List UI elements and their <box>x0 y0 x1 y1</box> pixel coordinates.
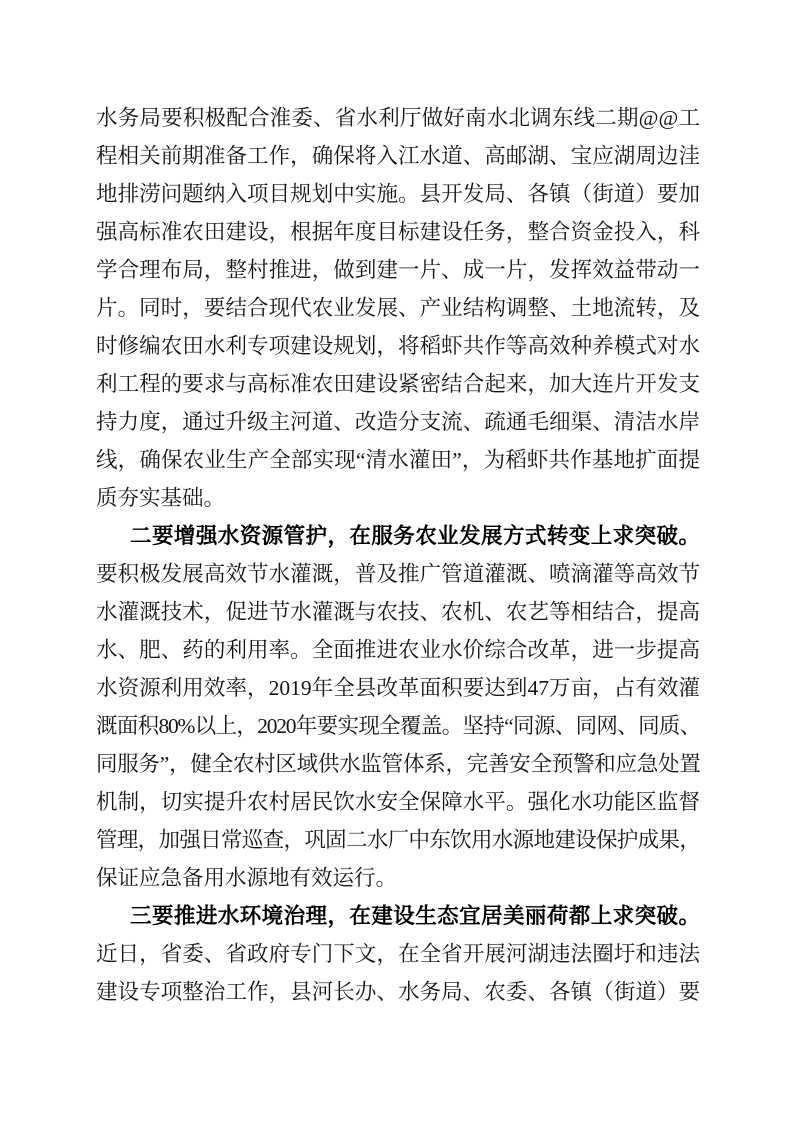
paragraph3-line: 建设专项整治工作，县河长办、水务局、农委、各镇（街道）要 <box>96 973 700 1011</box>
paragraph2-line: 机制，切实提升农村居民饮水安全保障水平。强化水功能区监督 <box>96 783 700 821</box>
paragraph3-line: 近日，省委、省政府专门下文，在全省开展河湖违法圈圩和违法 <box>96 935 700 973</box>
paragraph2-line: 水灌溉技术，促进节水灌溉与农技、农机、农艺等相结合，提高 <box>96 593 700 631</box>
paragraph1-line: 时修编农田水利专项建设规划，将稻虾共作等高效种养模式对水 <box>96 327 700 365</box>
paragraph1-line: 程相关前期准备工作，确保将入江水道、高邮湖、宝应湖周边洼 <box>96 137 700 175</box>
paragraph1-line: 学合理布局，整村推进，做到建一片、成一片，发挥效益带动一 <box>96 251 700 289</box>
paragraph2-line: 溉面积80%以上，2020年要实现全覆盖。坚持“同源、同网、同质、 <box>96 707 700 745</box>
paragraph1-line: 水务局要积极配合淮委、省水利厅做好南水北调东线二期@@工 <box>96 99 700 137</box>
paragraph2-line: 保证应急备用水源地有效运行。 <box>96 859 700 897</box>
paragraph2-line: 水、肥、药的利用率。全面推进农业水价综合改革，进一步提高 <box>96 631 700 669</box>
document-body: 水务局要积极配合淮委、省水利厅做好南水北调东线二期@@工 程相关前期准备工作，确… <box>96 99 700 1011</box>
paragraph1-line: 地排涝问题纳入项目规划中实施。县开发局、各镇（街道）要加 <box>96 175 700 213</box>
paragraph2-line: 同服务”，健全农村区域供水监管体系，完善安全预警和应急处置 <box>96 745 700 783</box>
paragraph1-line: 强高标准农田建设，根据年度目标建设任务，整合资金投入，科 <box>96 213 700 251</box>
paragraph2-line: 水资源利用效率，2019年全县改革面积要达到47万亩，占有效灌 <box>96 669 700 707</box>
paragraph1-line: 线，确保农业生产全部实现“清水灌田”，为稻虾共作基地扩面提 <box>96 441 700 479</box>
section-heading-three: 三要推进水环境治理，在建设生态宜居美丽荷都上求突破。 <box>96 897 700 935</box>
paragraph1-line: 质夯实基础。 <box>96 479 700 517</box>
document-page: 水务局要积极配合淮委、省水利厅做好南水北调东线二期@@工 程相关前期准备工作，确… <box>0 0 793 1122</box>
paragraph1-line: 片。同时，要结合现代农业发展、产业结构调整、土地流转，及 <box>96 289 700 327</box>
paragraph2-line: 管理，加强日常巡查，巩固二水厂中东饮用水源地建设保护成果， <box>96 821 700 859</box>
paragraph1-line: 利工程的要求与高标准农田建设紧密结合起来，加大连片开发支 <box>96 365 700 403</box>
section-heading-two: 二要增强水资源管护，在服务农业发展方式转变上求突破。 <box>96 517 700 555</box>
paragraph1-line: 持力度，通过升级主河道、改造分支流、疏通毛细渠、清洁水岸 <box>96 403 700 441</box>
paragraph2-line: 要积极发展高效节水灌溉，普及推广管道灌溉、喷滴灌等高效节 <box>96 555 700 593</box>
